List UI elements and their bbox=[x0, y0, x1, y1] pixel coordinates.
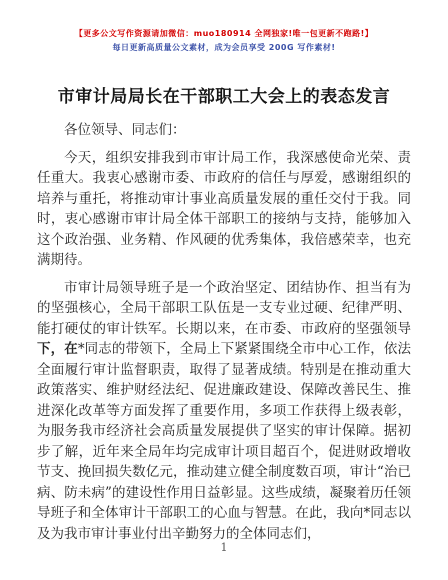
paragraph-1: 今天，组织安排我到市审计局工作，我深感使命光荣、责任重大。我衷心感谢市委、市政府… bbox=[37, 148, 411, 271]
paragraph-2: 市审计局领导班子是一个政治坚定、团结协作、担当有为的坚强核心，全局干部职工队伍是… bbox=[37, 278, 411, 545]
promo-line-1: 【更多公文写作资源请加微信：muo180914 全网独家!唯一包更新不跑路!】 bbox=[0, 27, 448, 41]
promo-line-2: 每日更新高质量公文素材，成为会员享受 200G 写作素材! bbox=[0, 41, 448, 55]
document-title: 市审计局局长在干部职工大会上的表态发言 bbox=[28, 82, 420, 107]
document-page: 【更多公文写作资源请加微信：muo180914 全网独家!唯一包更新不跑路!】 … bbox=[0, 0, 448, 580]
paragraph-2-bold: 下，在 bbox=[37, 341, 78, 357]
salutation: 各位领导、同志们： bbox=[37, 120, 411, 141]
document-body: 各位领导、同志们： 今天，组织安排我到市审计局工作，我深感使命光荣、责任重大。我… bbox=[37, 120, 411, 544]
promo-header: 【更多公文写作资源请加微信：muo180914 全网独家!唯一包更新不跑路!】 … bbox=[0, 0, 448, 55]
paragraph-2-pre: 市审计局领导班子是一个政治坚定、团结协作、担当有为的坚强核心，全局干部职工队伍是… bbox=[37, 280, 411, 337]
page-number: 1 bbox=[0, 541, 448, 554]
paragraph-2-post: *同志的带领下，全局上下紧紧围绕全市中心工作，依法全面履行审计监督职责，取得了显… bbox=[37, 341, 411, 542]
